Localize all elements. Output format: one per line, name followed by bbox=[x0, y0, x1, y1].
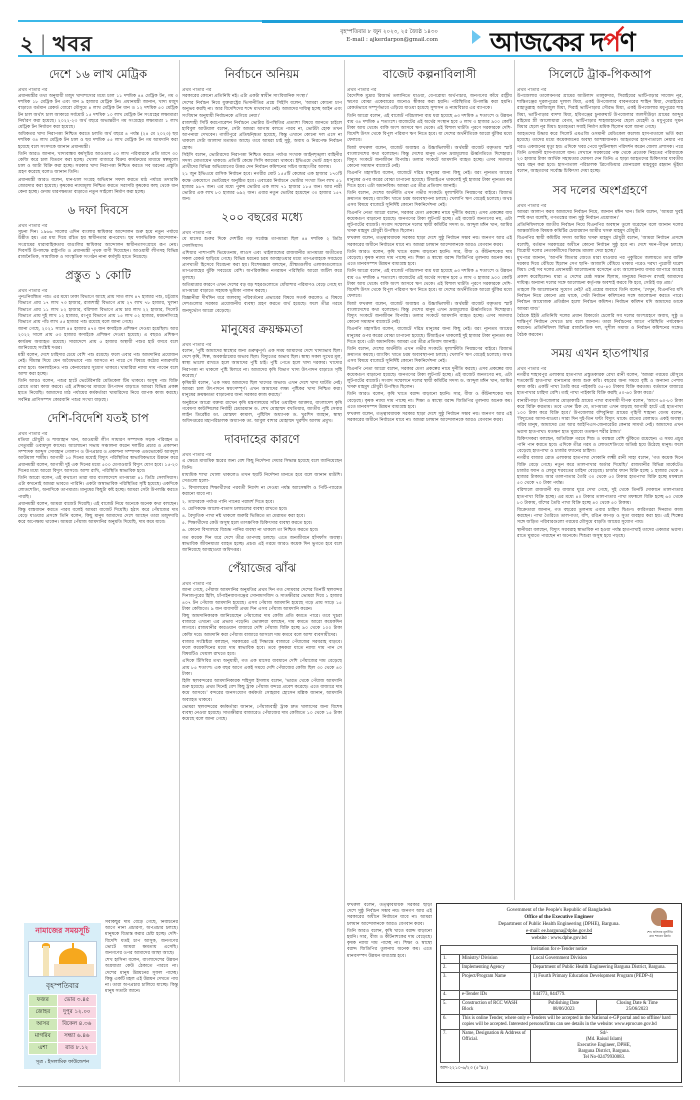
article-foreign-pressure[interactable]: দেশি-বিদেশি যতই চাপ প্রথম পাতার পর মতিয়… bbox=[18, 410, 178, 527]
article-purchasing-power[interactable]: মানুষের ক্রয়ক্ষমতা প্রথম পাতার পর বলেন,… bbox=[182, 321, 342, 425]
headline[interactable]: সব দলের অংশগ্রহণে bbox=[517, 182, 683, 201]
column-3: বাজেট কল্পনাবিলাসী প্রথম পাতার পর বৈদেশি… bbox=[347, 60, 512, 900]
headline[interactable]: বাজেট কল্পনাবিলাসী bbox=[347, 66, 512, 85]
brand-arrow-icon bbox=[472, 30, 481, 44]
article-election-irregularity[interactable]: নির্বাচনে অনিয়ম প্রথম পাতার পর সরকারের … bbox=[182, 66, 342, 203]
separator: | bbox=[40, 32, 48, 56]
tender-row: 3. Project/Program Name 1) Fourth Primar… bbox=[441, 973, 678, 991]
tender-row: 4. e-Tender IDs 844773, 844779. bbox=[441, 991, 678, 1000]
prayer-times-box: নামাজের সময়সূচি বৃহস্পতিবার ফজরভোর ৩.৪৫… bbox=[24, 923, 101, 1069]
page-number: ২ bbox=[20, 31, 35, 56]
article-within-200-years[interactable]: ২০০ বছরের মধ্যে প্রথম পাতার পর যে মাসের … bbox=[182, 209, 342, 314]
header-divider bbox=[18, 55, 683, 57]
headline[interactable]: দেশি-বিদেশি যতই চাপ bbox=[18, 410, 178, 429]
tender-row-official: 7. Name, Designation & Address of Offici… bbox=[441, 1030, 678, 1063]
article-body: সুচনা দিন। ১৯৬৬ সালের এদিন বাংলার স্বাধি… bbox=[18, 230, 178, 261]
prayer-table: ফজরভোর ৩.৪৫ জোহরদুপুর ১২.০০ আসরবিকেল ৪.৩… bbox=[28, 994, 97, 1055]
ad-email[interactable]: e-mail: ee.barguna@dphe.gov.bd bbox=[440, 928, 678, 935]
headline[interactable]: মানুষের ক্রয়ক্ষমতা bbox=[182, 321, 342, 340]
article-onion-sting[interactable]: পেঁয়াজের ঝাঁঝ প্রথম পাতার পর জানা গেছে,… bbox=[182, 560, 342, 723]
headline[interactable]: সিলেটে ট্রাক-পিকআপ bbox=[517, 66, 683, 85]
tender-table: Invitation for e-Tender notice 1. Minist… bbox=[440, 945, 678, 1063]
article-all-parties[interactable]: সব দলের অংশগ্রহণে প্রথম পাতার পর আমরা আল… bbox=[517, 182, 683, 339]
prayer-row: মাগরিবসন্ধ্যা ৬.৪৬ bbox=[29, 1031, 97, 1043]
column-2: নির্বাচনে অনিয়ম প্রথম পাতার পর সরকারের … bbox=[182, 60, 342, 1082]
tender-row: 2. Implementing Agency Department of Pub… bbox=[441, 964, 678, 973]
article-body: বলেন, 'পুষ্টি আমাদের স্বাস্থ্যের জন্য গু… bbox=[182, 349, 342, 425]
article-body: প্রধানমন্ত্রীর তথ্য অনুযায়ী মজুদ খাদ্যশ… bbox=[18, 94, 178, 196]
prayer-row: জোহরদুপুর ১২.০০ bbox=[29, 1007, 97, 1019]
headline[interactable]: প্রস্তুত ১ কোটি bbox=[18, 267, 178, 286]
article-body: বৈদেশিক মুদ্রার রিজার্ভ তলানিতে যাওয়া, … bbox=[347, 94, 512, 424]
footer-rule bbox=[18, 1086, 683, 1087]
prayer-row: ফজরভোর ৩.৪৫ bbox=[29, 995, 97, 1007]
tender-table-title: Invitation for e-Tender notice bbox=[441, 946, 678, 955]
section-name: খবর bbox=[53, 31, 93, 56]
article-heatwave-reason[interactable]: দাবদাহের কারণে প্রথম পাতার পর এ ক্ষেত্রে… bbox=[182, 431, 342, 554]
article-body: সরকারের কোনো প্রতিনিধি নই। এটা একটা স্বা… bbox=[182, 94, 342, 203]
article-body: আমরা আলাপ করব আমাদের নির্বাচন নিয়ে, জান… bbox=[517, 210, 683, 339]
page-label: ২|খবর bbox=[20, 28, 93, 63]
column-1-continuation: সবকিছুর দাম বেড়ে গেছে, নির্বাচনের আগে ন… bbox=[105, 920, 178, 1075]
mosque-illustration bbox=[28, 941, 97, 977]
prayer-day: বৃহস্পতিবার bbox=[28, 980, 97, 992]
tender-row-dates: 5. Construction of RCC WASH Block Publis… bbox=[441, 1000, 678, 1015]
article-body: উপজেলার তালেবনগর গ্রামের আউলাদ তালুকদার,… bbox=[517, 94, 683, 176]
flag-icon bbox=[661, 920, 673, 927]
headline[interactable]: ২০০ বছরের মধ্যে bbox=[182, 209, 342, 228]
article-body: মতিয়া চৌধুরী ও শাজাহান খান, আওয়ামী লীগ… bbox=[18, 438, 178, 527]
prayer-source: সূত্র : ইসলামিক ফাউন্ডেশন bbox=[28, 1059, 97, 1067]
column-divider bbox=[344, 60, 345, 1082]
article-body: যে মাসের শুরুর দিকে দেশটির গড় সর্বোচ্চ … bbox=[182, 237, 342, 314]
ad-header: Government of the People's Republic of B… bbox=[440, 907, 678, 942]
portrait-logo: শেখ হাসিনার মূলনীতি গ্রাম শহরের উন্নতি bbox=[645, 908, 675, 938]
column-1: দেশে ১৬ লাখ মেট্রিক প্রথম পাতার পর প্রধা… bbox=[18, 60, 178, 920]
headline[interactable]: দাবদাহের কারণে bbox=[182, 431, 342, 450]
headline[interactable]: পেঁয়াজের ঝাঁঝ bbox=[182, 560, 342, 579]
headline[interactable]: সময় এখন হাতপাখার bbox=[517, 345, 683, 364]
article-fans[interactable]: সময় এখন হাতপাখার প্রথম পাতার পর নগরীর শ… bbox=[517, 345, 683, 540]
column-divider bbox=[514, 60, 515, 900]
ad-website[interactable]: website : www.dphe.gov.bd bbox=[440, 935, 678, 942]
prayer-title: নামাজের সময়সূচি bbox=[28, 926, 97, 938]
article-sylhet-truck[interactable]: সিলেটে ট্রাক-পিকআপ প্রথম পাতার পর উপজেলা… bbox=[517, 66, 683, 176]
dateline: বৃহস্পতিবার ৮ জুন ২০২৩, ২৫ জ্যৈষ্ঠ ১৪৩০ … bbox=[248, 28, 438, 44]
issue-date: বৃহস্পতিবার ৮ জুন ২০২৩, ২৫ জ্যৈষ্ঠ ১৪৩০ bbox=[248, 28, 438, 36]
headline[interactable]: দেশে ১৬ লাখ মেট্রিক bbox=[18, 66, 178, 85]
headline[interactable]: ৬ দফা দিবসে bbox=[18, 202, 178, 221]
tender-row-notice: 6. This is online Tender, where only e-T… bbox=[441, 1015, 678, 1030]
article-body: নগরীর শাহাবপুর এলাকার হাতপাখা প্রস্তুতকা… bbox=[517, 373, 683, 540]
article-body: জানা গেছে, পেঁয়াজ আমদানির অনুমতির প্রথম… bbox=[182, 588, 342, 723]
prayer-row: আসরবিকেল ৪.৩৬ bbox=[29, 1019, 97, 1031]
article-body: পুনঃনিবন্ধিত পশু। এর মধ্যে ঢাকা বিভাগে আ… bbox=[18, 295, 178, 403]
tender-row: 1. Ministry/ Division Local Government D… bbox=[441, 955, 678, 964]
column-4: সিলেটে ট্রাক-পিকআপ প্রথম পাতার পর উপজেলা… bbox=[517, 60, 683, 900]
contact-email[interactable]: E-mail : ajkerdarpon@gmail.com bbox=[248, 36, 438, 44]
article-six-point[interactable]: ৬ দফা দিবসে প্রথম পাতার পর সুচনা দিন। ১৯… bbox=[18, 202, 178, 261]
prayer-row: এশারাত ৮.১২ bbox=[29, 1043, 97, 1055]
article-matric[interactable]: দেশে ১৬ লাখ মেট্রিক প্রথম পাতার পর প্রধা… bbox=[18, 66, 178, 196]
article-budget-imaginary[interactable]: বাজেট কল্পনাবিলাসী প্রথম পাতার পর বৈদেশি… bbox=[347, 66, 512, 424]
article-ready-one-crore[interactable]: প্রস্তুত ১ কোটি প্রথম পাতার পর পুনঃনিবন্… bbox=[18, 267, 178, 403]
headline[interactable]: নির্বাচনে অনিয়ম bbox=[182, 66, 342, 85]
column-3-continuation: ফখরুল বলেন, তত্ত্বাবধায়ক সরকার ছাড়া দে… bbox=[347, 903, 432, 1083]
tender-advertisement: শেখ হাসিনার মূলনীতি গ্রাম শহরের উন্নতি G… bbox=[436, 903, 682, 1083]
article-body: এ ক্ষেত্রে মাধ্যমিক স্তরের জন্য বেশ কিছু… bbox=[182, 459, 342, 554]
ad-code: আদ-২২১০-৬/২৩ (৫"x৫) bbox=[440, 1065, 678, 1072]
column-divider bbox=[179, 60, 180, 1082]
